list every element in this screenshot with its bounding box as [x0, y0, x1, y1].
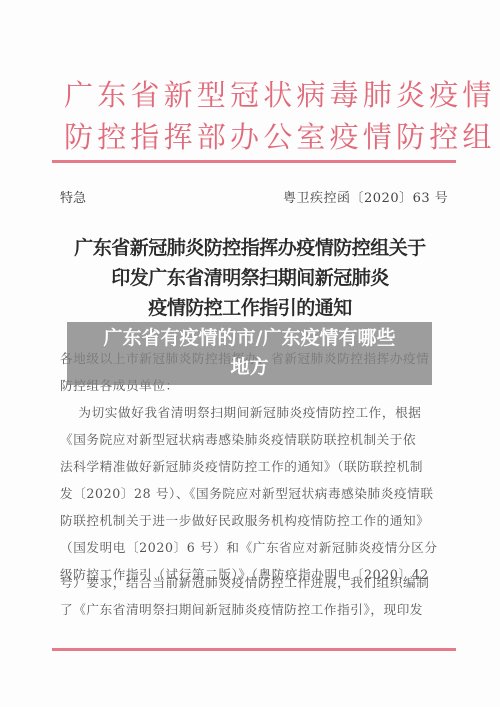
body-line: 号）要求，结合当前新冠肺炎疫情防控工作进展，我们组织编制 [60, 572, 432, 591]
body-line: 发〔2020〕28 号）、《国务院应对新型冠状病毒感染肺炎疫情联 [60, 483, 432, 502]
body-line: 法科学精准做好新冠肺炎疫情防控工作的通知》（联防联控机制 [60, 456, 432, 475]
title-line-2: 印发广东省清明祭扫期间新冠肺炎 [0, 263, 500, 290]
urgency-label: 特急 [60, 187, 86, 206]
caption-line-1: 广东省有疫情的市/广东疫情有哪些 [67, 324, 432, 353]
letterhead-line-2: 防控指挥部办公室疫情防控组 [64, 120, 444, 154]
letterhead-line-1: 广东省新型冠状病毒肺炎疫情 [64, 78, 444, 112]
body-line: 为切实做好我省清明祭扫期间新冠肺炎疫情防控工作，根据 [60, 402, 432, 421]
body-line: 了《广东省清明祭扫期间新冠肺炎疫情防控工作指引》，现印发 [60, 599, 432, 618]
title-line-3: 疫情防控工作指引的通知 [0, 293, 500, 320]
footer-divider [52, 648, 456, 651]
body-line: 防联控机制关于进一步做好民政服务机构疫情防控工作的通知》 [60, 510, 432, 529]
body-line: （国发明电〔2020〕6 号）和《广东省应对新冠肺炎疫情分区分 [60, 537, 432, 556]
body-line: 《国务院应对新型冠状病毒感染肺炎疫情联防联控机制关于依 [60, 429, 432, 448]
letterhead-divider [52, 160, 456, 163]
title-line-1: 广东省新冠肺炎防控指挥办疫情防控组关于 [0, 233, 500, 260]
caption-overlay[interactable]: 广东省有疫情的市/广东疫情有哪些 地方 [67, 324, 432, 382]
caption-line-2: 地方 [67, 353, 432, 382]
document-number: 粤卫疾控函〔2020〕63 号 [283, 187, 448, 206]
